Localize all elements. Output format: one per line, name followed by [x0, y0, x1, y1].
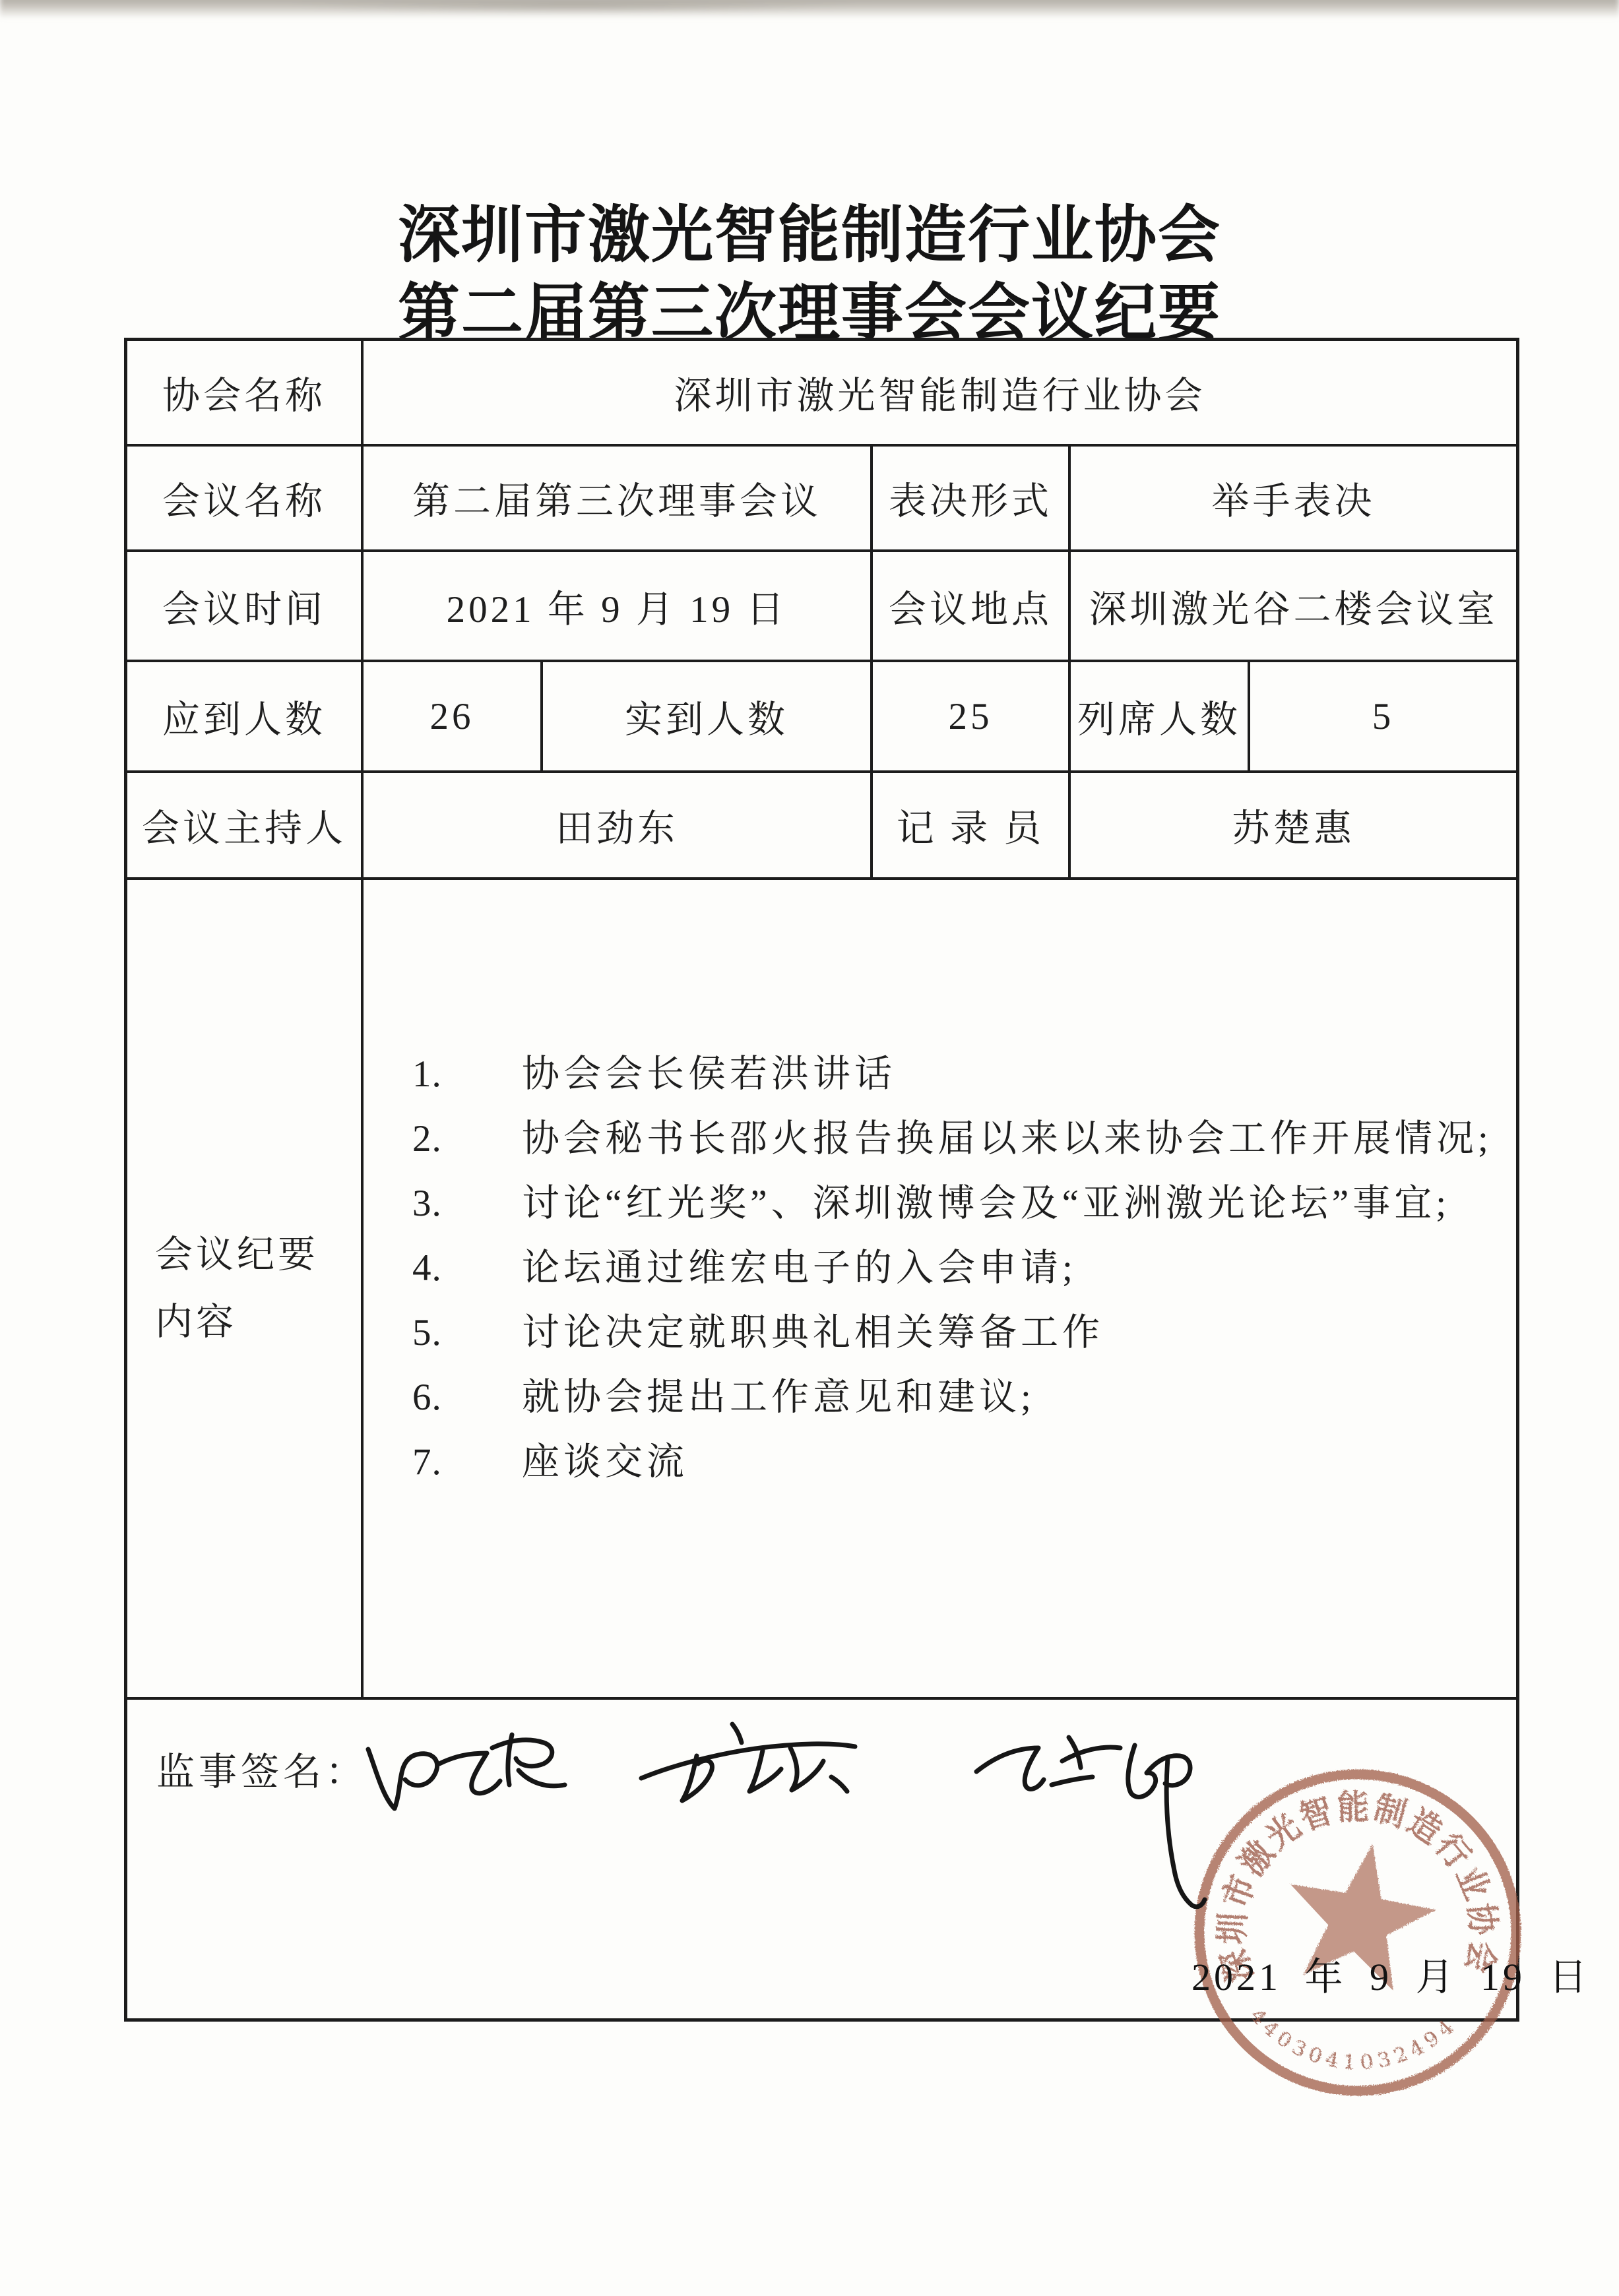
- agenda-item-number: 5.: [412, 1301, 522, 1365]
- agenda-item: 2.协会秘书长邵火报告换届以来以来协会工作开展情况;: [412, 1107, 1516, 1171]
- recorder-value: 苏楚惠: [1071, 773, 1516, 880]
- handwritten-signature-2: [632, 1712, 876, 1821]
- summary-label-line1: 会议纪要: [155, 1222, 319, 1289]
- meeting-name-label: 会议名称: [127, 447, 364, 552]
- agenda-item-text: 协会秘书长邵火报告换届以来以来协会工作开展情况;: [522, 1118, 1492, 1160]
- meeting-time-label: 会议时间: [127, 552, 364, 662]
- agenda-item-text: 座谈交流: [522, 1441, 688, 1483]
- agenda-item-text: 协会会长侯若洪讲话: [522, 1053, 896, 1095]
- present-count-value: 25: [873, 662, 1071, 773]
- agenda-item: 6.就协会提出工作意见和建议;: [412, 1365, 1516, 1430]
- agenda-item-number: 2.: [412, 1107, 522, 1171]
- scanned-meeting-minutes-page: { "page": { "title_line1": "深圳市激光智能制造行业协…: [0, 0, 1619, 2296]
- host-label: 会议主持人: [127, 773, 364, 880]
- agenda-item-text: 讨论决定就职典礼相关筹备工作: [522, 1312, 1104, 1353]
- observer-count-value: 5: [1250, 662, 1516, 773]
- document-title-line1: 深圳市激光智能制造行业协会: [0, 197, 1619, 274]
- summary-label-line2: 内容: [155, 1289, 319, 1356]
- agenda-item-text: 讨论“红光奖”、深圳激博会及“亚洲激光论坛”事宜;: [522, 1183, 1450, 1224]
- meeting-place-value: 深圳激光谷二楼会议室: [1071, 552, 1516, 662]
- meeting-time-value: 2021 年 9 月 19 日: [364, 552, 873, 662]
- document-title: 深圳市激光智能制造行业协会 第二届第三次理事会会议纪要: [0, 197, 1619, 352]
- agenda-item-text: 论坛通过维宏电子的入会申请;: [522, 1247, 1077, 1289]
- agenda-item: 3.讨论“红光奖”、深圳激博会及“亚洲激光论坛”事宜;: [412, 1171, 1516, 1236]
- vote-form-label: 表决形式: [873, 447, 1071, 552]
- summary-content-cell: 1.协会会长侯若洪讲话 2.协会秘书长邵火报告换届以来以来协会工作开展情况; 3…: [364, 880, 1516, 1700]
- scanner-edge-artifact: [0, 0, 1619, 18]
- vote-form-value: 举手表决: [1071, 447, 1516, 552]
- meeting-place-label: 会议地点: [873, 552, 1071, 662]
- seal-date: 2021 年 9 月 19 日: [1191, 1946, 1591, 2001]
- agenda-item: 5.讨论决定就职典礼相关筹备工作: [412, 1301, 1516, 1365]
- observer-count-label: 列席人数: [1071, 662, 1250, 773]
- meeting-name-value: 第二届第三次理事会议: [364, 447, 873, 552]
- agenda-item-text: 就协会提出工作意见和建议;: [522, 1377, 1035, 1418]
- host-value: 田劲东: [364, 773, 873, 880]
- present-count-label: 实到人数: [543, 662, 873, 773]
- agenda-item-number: 7.: [412, 1430, 522, 1495]
- expected-count-label: 应到人数: [127, 662, 364, 773]
- handwritten-signature-3: [968, 1719, 1239, 1923]
- agenda-item: 1.协会会长侯若洪讲话: [412, 1042, 1516, 1107]
- agenda-list: 1.协会会长侯若洪讲话 2.协会秘书长邵火报告换届以来以来协会工作开展情况; 3…: [412, 1042, 1516, 1495]
- handwritten-signature-1: [356, 1723, 581, 1835]
- agenda-item: 7.座谈交流: [412, 1430, 1516, 1495]
- association-name-label: 协会名称: [127, 341, 364, 447]
- agenda-item-number: 6.: [412, 1365, 522, 1430]
- summary-content-label: 会议纪要 内容: [127, 880, 364, 1700]
- expected-count-value: 26: [364, 662, 543, 773]
- agenda-item-number: 4.: [412, 1236, 522, 1301]
- association-name-value: 深圳市激光智能制造行业协会: [364, 341, 1516, 447]
- agenda-item-number: 1.: [412, 1042, 522, 1107]
- recorder-label: 记 录 员: [873, 773, 1071, 880]
- supervisor-signature-label: 监事签名：: [156, 1751, 367, 1793]
- agenda-item: 4.论坛通过维宏电子的入会申请;: [412, 1236, 1516, 1301]
- agenda-item-number: 3.: [412, 1171, 522, 1236]
